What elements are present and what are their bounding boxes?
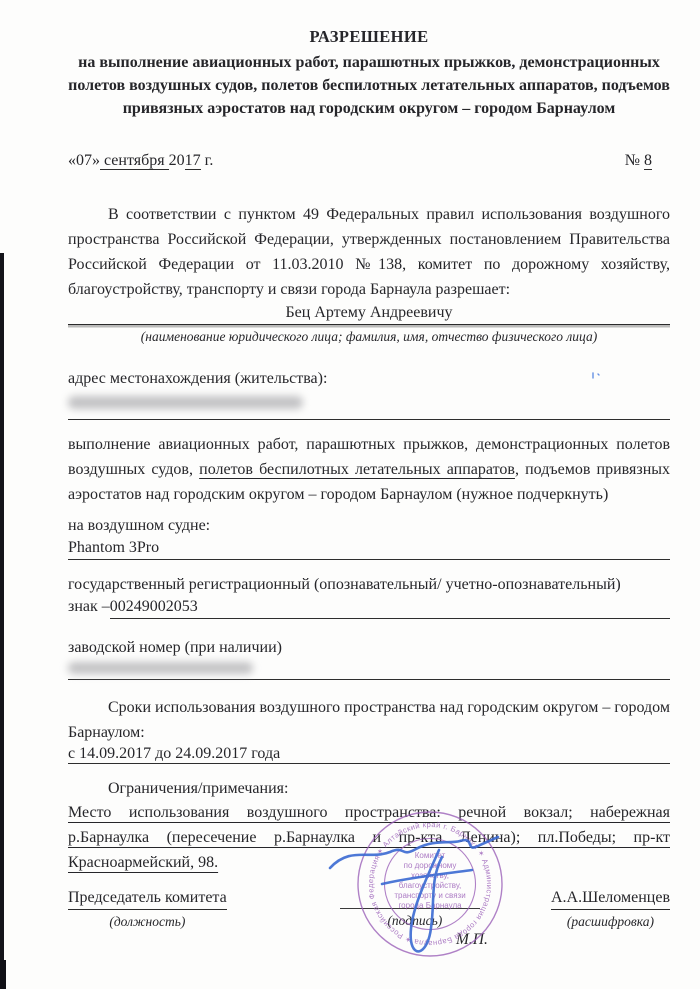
- address-value-line: [68, 396, 670, 420]
- signature-line: [340, 887, 480, 909]
- date-year-prefix: 20: [169, 152, 185, 169]
- redacted-address: [68, 396, 303, 409]
- seal-placeholder: М.П.: [340, 930, 490, 950]
- signature-block: (подпись) М.П.: [340, 887, 490, 950]
- restrictions-label: Ограничения/примечания:: [68, 778, 670, 800]
- permit-number: № 8: [625, 150, 652, 172]
- document-page: РАЗРЕШЕНИЕ на выполнение авиационных раб…: [0, 0, 700, 989]
- date-year-suffix: 17: [185, 152, 201, 170]
- date-month: сентября: [100, 152, 169, 170]
- restrictions-paragraph: Место использования воздушного пространс…: [68, 800, 670, 875]
- reg-value: 00249002053: [110, 596, 670, 619]
- date-line: «07» сентября 2017 г.: [68, 150, 213, 172]
- address-label: адрес местонахождения (жительства):: [68, 368, 670, 390]
- doc-title: РАЗРЕШЕНИЕ: [68, 26, 670, 48]
- scan-edge-bottom: [0, 960, 6, 989]
- name-caption: (расшифровка): [551, 910, 670, 931]
- number-label: №: [625, 152, 644, 169]
- serial-label: заводской номер (при наличии): [68, 637, 670, 659]
- works-underlined: полетов беспилотных летательных аппарато…: [199, 461, 515, 478]
- date-g: г.: [201, 152, 214, 169]
- date-row: «07» сентября 2017 г. № 8: [68, 150, 670, 172]
- aircraft-value-line: Phantom 3Pro: [68, 537, 670, 560]
- signature-row: Председатель комитета (должность) (подпи…: [68, 887, 670, 950]
- permit-holder-caption: (наименование юридического лица; фамилия…: [68, 325, 670, 346]
- name-value: А.А.Шеломенцев: [551, 887, 670, 910]
- reg-value-line: знак – 00249002053: [68, 596, 670, 619]
- number-value: 8: [644, 152, 652, 170]
- redacted-serial: [68, 662, 253, 674]
- name-block: А.А.Шеломенцев (расшифровка): [551, 887, 670, 950]
- permit-holder-line: Бец Артему Андреевичу: [68, 302, 670, 325]
- signature-caption: (подпись): [340, 909, 490, 930]
- position-value: Председатель комитета: [68, 887, 227, 910]
- reg-label: государственный регистрационный (опознав…: [68, 574, 670, 596]
- position-block: Председатель комитета (должность): [68, 887, 227, 950]
- period-value-line: с 14.09.2017 до 24.09.2017 года: [68, 745, 670, 764]
- works-paragraph: выполнение авиационных работ, парашютных…: [68, 432, 670, 507]
- date-day: «07»: [68, 152, 100, 169]
- intro-paragraph: В соответствии с пунктом 49 Федеральных …: [68, 202, 670, 302]
- position-caption: (должность): [68, 910, 227, 931]
- period-paragraph: Сроки использования воздушного пространс…: [68, 695, 670, 745]
- reg-prefix: знак –: [68, 596, 110, 618]
- doc-subtitle: на выполнение авиационных работ, парашют…: [68, 51, 670, 120]
- scan-edge-left: [0, 253, 4, 989]
- aircraft-label: на воздушном судне:: [68, 515, 670, 537]
- serial-value-line: [68, 662, 670, 680]
